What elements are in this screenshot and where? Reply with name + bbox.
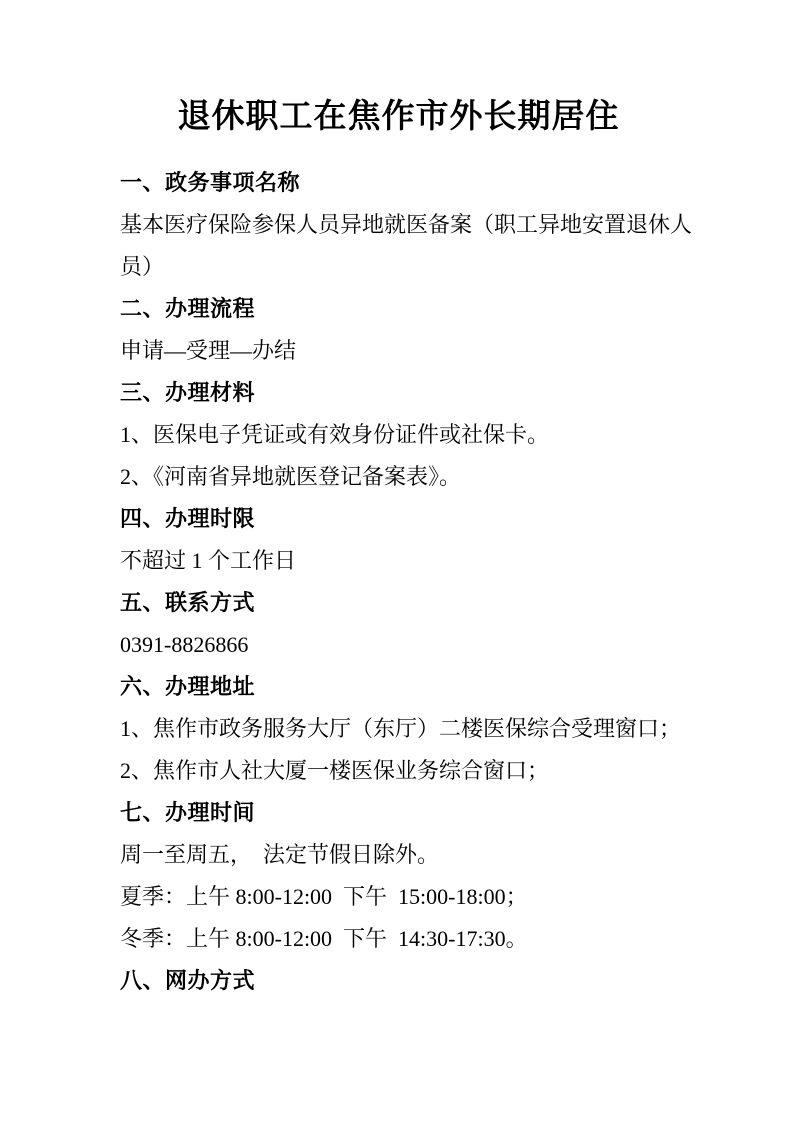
section-materials: 三、办理材料 1、医保电子凭证或有效身份证件或社保卡。 2、《河南省异地就医登记… [120,372,677,498]
section-heading: 六、办理地址 [120,666,677,708]
section-address: 六、办理地址 1、焦作市政务服务大厅（东厅）二楼医保综合受理窗口； 2、焦作市人… [120,666,677,792]
body-line: 员） [120,246,677,288]
section-heading: 七、办理时间 [120,792,677,834]
section-heading: 八、网办方式 [120,960,677,1002]
body-line: 2、焦作市人社大厦一楼医保业务综合窗口； [120,750,677,792]
section-heading: 三、办理材料 [120,372,677,414]
document-page: 退休职工在焦作市外长期居住 一、政务事项名称 基本医疗保险参保人员异地就医备案（… [0,0,793,1122]
body-line: 周一至周五， 法定节假日除外。 [120,834,677,876]
document-title: 退休职工在焦作市外长期居住 [120,96,677,136]
section-heading: 二、办理流程 [120,288,677,330]
section-process: 二、办理流程 申请—受理—办结 [120,288,677,372]
section-service-name: 一、政务事项名称 基本医疗保险参保人员异地就医备案（职工异地安置退休人 员） [120,162,677,288]
section-heading: 一、政务事项名称 [120,162,677,204]
body-line: 1、焦作市政务服务大厅（东厅）二楼医保综合受理窗口； [120,708,677,750]
section-heading: 五、联系方式 [120,582,677,624]
body-line: 申请—受理—办结 [120,330,677,372]
section-time-limit: 四、办理时限 不超过 1 个工作日 [120,498,677,582]
body-line: 不超过 1 个工作日 [120,540,677,582]
body-line: 基本医疗保险参保人员异地就医备案（职工异地安置退休人 [120,204,677,246]
body-line: 2、《河南省异地就医登记备案表》。 [120,456,677,498]
section-online-method: 八、网办方式 [120,960,677,1002]
section-office-hours: 七、办理时间 周一至周五， 法定节假日除外。 夏季：上午 8:00-12:00 … [120,792,677,960]
body-line: 夏季：上午 8:00-12:00 下午 15:00-18:00； [120,876,677,918]
section-contact: 五、联系方式 0391-8826866 [120,582,677,666]
body-line: 0391-8826866 [120,624,677,666]
document-content: 退休职工在焦作市外长期居住 一、政务事项名称 基本医疗保险参保人员异地就医备案（… [120,96,677,1002]
section-heading: 四、办理时限 [120,498,677,540]
body-line: 冬季：上午 8:00-12:00 下午 14:30-17:30。 [120,918,677,960]
body-line: 1、医保电子凭证或有效身份证件或社保卡。 [120,414,677,456]
